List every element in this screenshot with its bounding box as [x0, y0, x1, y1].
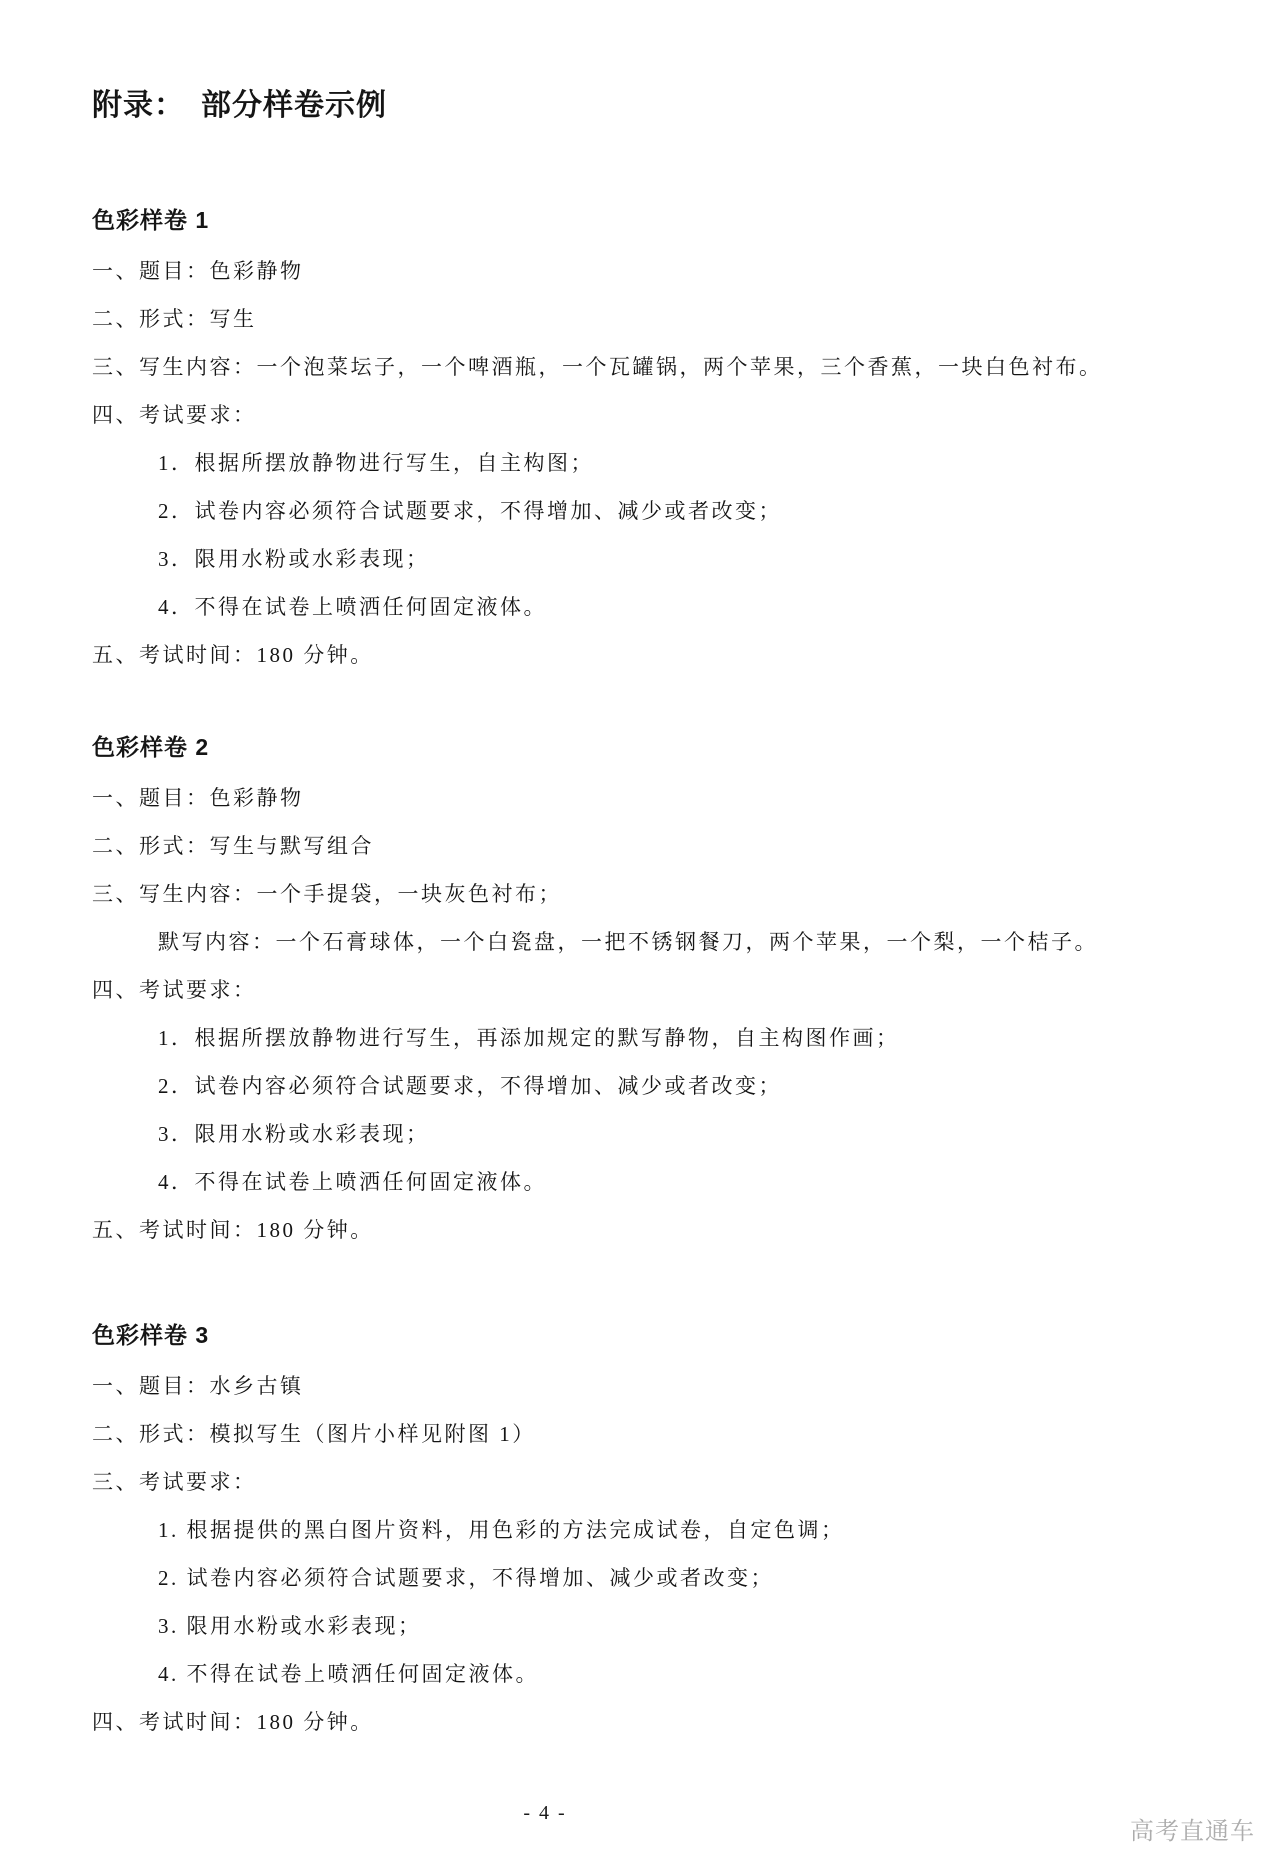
list-item: 五、考试时间：180 分钟。: [92, 1206, 1240, 1254]
list-item: 二、形式：写生: [92, 295, 1240, 343]
requirement-item: 1．根据所摆放静物进行写生，自主构图；: [92, 439, 1240, 487]
list-item: 三、考试要求：: [92, 1458, 1240, 1506]
requirement-item: 3．限用水粉或水彩表现；: [92, 535, 1240, 583]
list-item: 四、考试要求：: [92, 966, 1240, 1014]
section-2-heading: 色彩样卷 2: [92, 723, 1240, 771]
requirement-item: 2．试卷内容必须符合试题要求，不得增加、减少或者改变；: [92, 1062, 1240, 1110]
section-color-sample-3: 色彩样卷 3 一、题目：水乡古镇 二、形式：模拟写生（图片小样见附图 1） 三、…: [92, 1311, 1240, 1746]
list-item: 三、写生内容：一个泡菜坛子，一个啤酒瓶，一个瓦罐锅，两个苹果，三个香蕉，一块白色…: [92, 343, 1240, 391]
watermark-text: 高考直通车: [1130, 1811, 1255, 1846]
document-content: 附录： 部分样卷示例 色彩样卷 1 一、题目：色彩静物 二、形式：写生 三、写生…: [92, 0, 1240, 1746]
section-color-sample-2: 色彩样卷 2 一、题目：色彩静物 二、形式：写生与默写组合 三、写生内容：一个手…: [92, 723, 1240, 1254]
list-item: 一、题目：色彩静物: [92, 247, 1240, 295]
appendix-title: 附录： 部分样卷示例: [92, 82, 1240, 130]
requirement-item: 1．根据所摆放静物进行写生，再添加规定的默写静物，自主构图作画；: [92, 1014, 1240, 1062]
requirement-item: 3. 限用水粉或水彩表现；: [92, 1602, 1240, 1650]
list-item: 默写内容：一个石膏球体，一个白瓷盘，一把不锈钢餐刀，两个苹果，一个梨，一个桔子。: [92, 918, 1240, 966]
list-item: 一、题目：色彩静物: [92, 774, 1240, 822]
section-color-sample-1: 色彩样卷 1 一、题目：色彩静物 二、形式：写生 三、写生内容：一个泡菜坛子，一…: [92, 196, 1240, 679]
list-item: 一、题目：水乡古镇: [92, 1362, 1240, 1410]
requirement-item: 2．试卷内容必须符合试题要求，不得增加、减少或者改变；: [92, 487, 1240, 535]
document-page: 附录： 部分样卷示例 色彩样卷 1 一、题目：色彩静物 二、形式：写生 三、写生…: [0, 0, 1280, 1870]
list-item: 三、写生内容：一个手提袋，一块灰色衬布；: [92, 870, 1240, 918]
list-item: 四、考试要求：: [92, 391, 1240, 439]
requirement-item: 4. 不得在试卷上喷洒任何固定液体。: [92, 1650, 1240, 1698]
list-item: 二、形式：写生与默写组合: [92, 822, 1240, 870]
requirement-item: 3．限用水粉或水彩表现；: [92, 1110, 1240, 1158]
list-item: 四、考试时间：180 分钟。: [92, 1698, 1240, 1746]
requirement-item: 1. 根据提供的黑白图片资料，用色彩的方法完成试卷，自定色调；: [92, 1506, 1240, 1554]
page-number: - 4 -: [0, 1789, 1090, 1837]
section-1-heading: 色彩样卷 1: [92, 196, 1240, 244]
list-item: 五、考试时间：180 分钟。: [92, 631, 1240, 679]
requirement-item: 2. 试卷内容必须符合试题要求，不得增加、减少或者改变；: [92, 1554, 1240, 1602]
requirement-item: 4．不得在试卷上喷洒任何固定液体。: [92, 1158, 1240, 1206]
list-item: 二、形式：模拟写生（图片小样见附图 1）: [92, 1410, 1240, 1458]
section-3-heading: 色彩样卷 3: [92, 1311, 1240, 1359]
requirement-item: 4．不得在试卷上喷洒任何固定液体。: [92, 583, 1240, 631]
